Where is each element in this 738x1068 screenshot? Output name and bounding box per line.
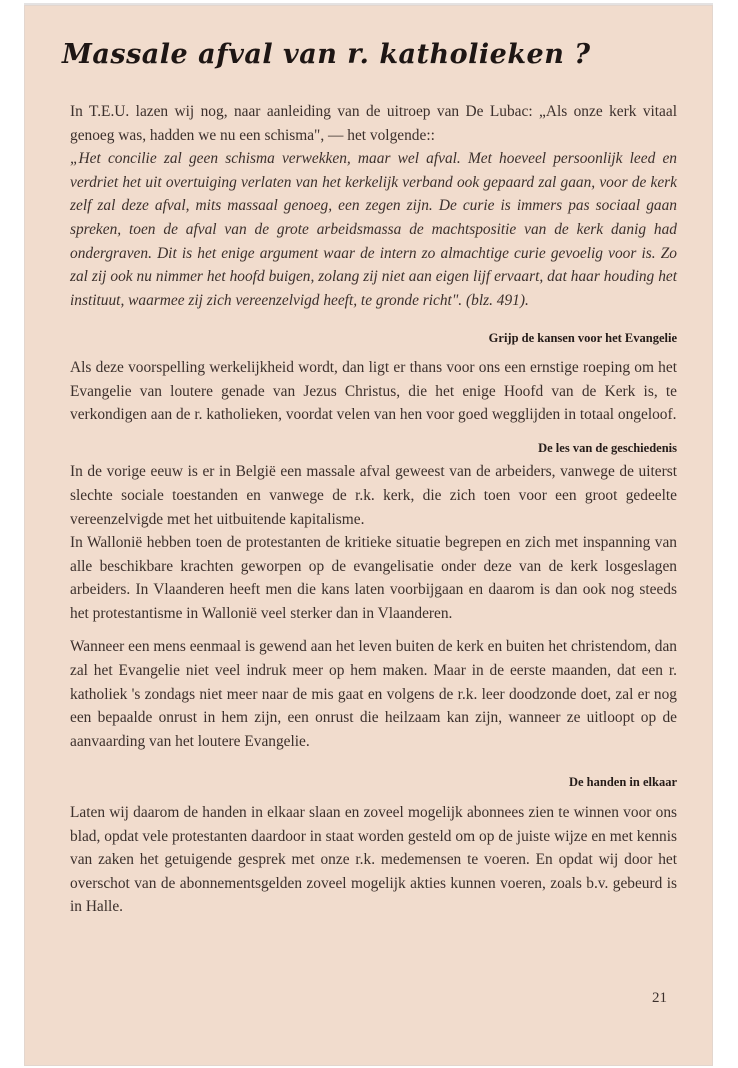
magazine-page: Massale afval van r. katholieken ? In T.… bbox=[24, 3, 713, 1066]
section-heading-handen: De handen in elkaar bbox=[70, 771, 677, 795]
page-number: 21 bbox=[652, 990, 667, 1007]
section-paragraph: In de vorige eeuw is er in België een ma… bbox=[70, 460, 677, 531]
section-heading-kansen: Grijp de kansen voor het Evangelie bbox=[70, 327, 677, 351]
article-title: Massale afval van r. katholieken ? bbox=[62, 39, 591, 70]
section-heading-geschiedenis: De les van de geschiedenis bbox=[70, 437, 677, 461]
intro-paragraph: In T.E.U. lazen wij nog, naar aanleiding… bbox=[70, 100, 677, 147]
section-paragraph: Laten wij daarom de handen in elkaar sla… bbox=[70, 801, 677, 919]
article-body: In T.E.U. lazen wij nog, naar aanleiding… bbox=[70, 100, 677, 919]
section-paragraph: Als deze voorspelling werkelijkheid word… bbox=[70, 356, 677, 427]
quoted-passage: „Het concilie zal geen schisma verwekken… bbox=[70, 147, 677, 312]
section-paragraph: Wanneer een mens eenmaal is gewend aan h… bbox=[70, 635, 677, 753]
section-paragraph: In Wallonië hebben toen de protestanten … bbox=[70, 531, 677, 625]
